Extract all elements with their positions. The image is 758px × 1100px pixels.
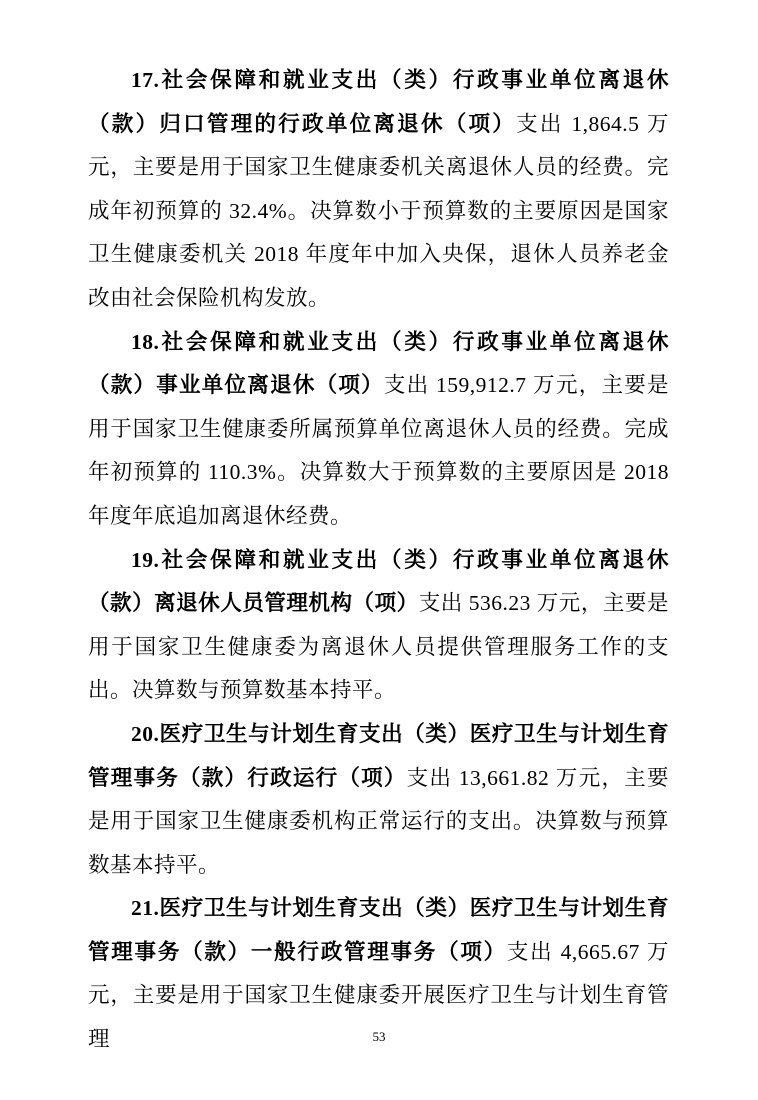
budget-paragraph: 19.社会保障和就业支出（类）行政事业单位离退休（款）离退休人员管理机构（项）支…	[88, 539, 669, 713]
document-body: 17.社会保障和就业支出（类）行政事业单位离退休（款）归口管理的行政单位离退休（…	[88, 59, 669, 1062]
budget-paragraph: 20.医疗卫生与计划生育支出（类）医疗卫生与计划生育管理事务（款）行政运行（项）…	[88, 713, 669, 887]
page-number: 53	[0, 1028, 758, 1046]
paragraph-body-text: 支出 1,864.5 万元，主要是用于国家卫生健康委机关离退休人员的经费。完成年…	[88, 112, 669, 310]
budget-paragraph: 18.社会保障和就业支出（类）行政事业单位离退休（款）事业单位离退休（项）支出 …	[88, 321, 669, 539]
document-page: 17.社会保障和就业支出（类）行政事业单位离退休（款）归口管理的行政单位离退休（…	[0, 0, 758, 1100]
budget-paragraph: 17.社会保障和就业支出（类）行政事业单位离退休（款）归口管理的行政单位离退休（…	[88, 59, 669, 321]
